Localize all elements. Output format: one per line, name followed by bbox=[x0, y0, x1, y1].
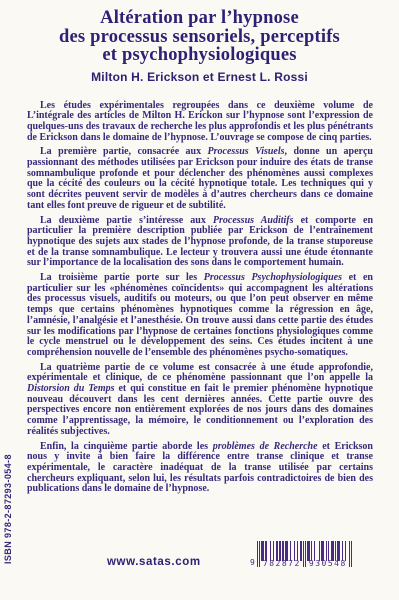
isbn-barcode: 9 782872 930548 bbox=[250, 541, 352, 568]
book-title: Altération par l’hypnose des processus s… bbox=[0, 9, 399, 65]
book-title-line-3: et psychophysiologiques bbox=[0, 46, 399, 65]
barcode-digits-right: 930548 bbox=[307, 560, 349, 568]
book-title-line-2: des processus sensoriels, perceptifs bbox=[0, 28, 399, 47]
barcode-first-digit: 9 bbox=[250, 559, 255, 568]
book-authors: Milton H. Erickson et Ernest L. Rossi bbox=[0, 70, 399, 84]
cover-header: Altération par l’hypnose des processus s… bbox=[0, 0, 399, 84]
cover-synopsis: Les études expérimentales regroupées dan… bbox=[27, 101, 373, 496]
synopsis-paragraph-3: La deuxième partie s’intéresse aux Proce… bbox=[27, 216, 373, 270]
synopsis-paragraph-2: La première partie, consacrée aux Proces… bbox=[27, 147, 373, 211]
synopsis-paragraph-6: Enfin, la cinquième partie aborde les pr… bbox=[27, 442, 373, 496]
publisher-website-url: www.satas.com bbox=[107, 556, 201, 568]
barcode-bars-wrap: 782872 930548 bbox=[257, 541, 352, 568]
book-title-line-1: Altération par l’hypnose bbox=[0, 9, 399, 28]
synopsis-paragraph-5: La quatrième partie de ce volume est con… bbox=[27, 363, 373, 438]
synopsis-paragraph-1: Les études expérimentales regroupées dan… bbox=[27, 101, 373, 144]
barcode-digits-left: 782872 bbox=[261, 560, 303, 568]
synopsis-paragraph-4: La troisième partie porte sur les Proces… bbox=[27, 273, 373, 359]
isbn-vertical-label: ISBN 978-2-87293-054-8 bbox=[3, 416, 17, 564]
book-back-cover: Altération par l’hypnose des processus s… bbox=[0, 0, 399, 600]
